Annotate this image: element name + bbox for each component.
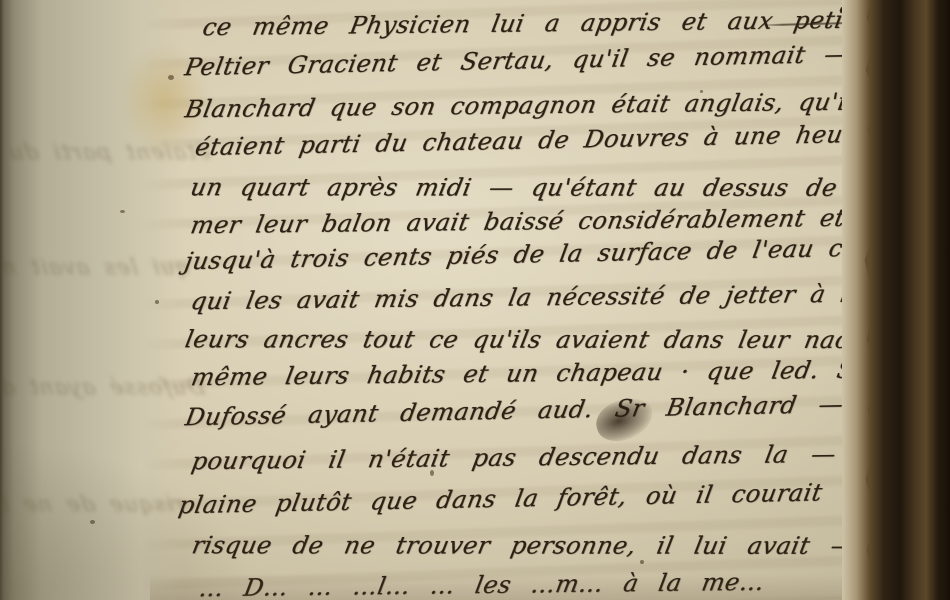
- paper-speck: [120, 210, 125, 213]
- page-bottom-shadow: [150, 574, 860, 600]
- manuscript-text-block: 99. ce même Physicien lui a appris et au…: [0, 0, 950, 600]
- manuscript-line: Blanchard que son compagnon était anglai…: [183, 90, 869, 122]
- manuscript-line: étaient parti du chateau de Douvres à un…: [193, 122, 871, 160]
- manuscript-line: un quart après midi — qu'étant au dessus…: [189, 175, 881, 200]
- paper-speck: [430, 470, 434, 476]
- manuscript-line: risque de ne trouver personne, il lui av…: [190, 533, 858, 558]
- manuscript-line: leurs ancres tout ce qu'ils avaient dans…: [183, 327, 897, 352]
- manuscript-line: Peltier Gracient et Sertau, qu'il se nom…: [183, 42, 851, 79]
- paper-speck: [640, 560, 644, 564]
- manuscript-line: Dufossé ayant demandé aud. Sr Blanchard …: [184, 392, 846, 429]
- manuscript-line: qui les avait mis dans la nécessité de j…: [189, 281, 904, 313]
- manuscript-line: ce même Physicien lui a appris et aux pe…: [201, 8, 868, 40]
- manuscript-page-scan: étaient parti du chateau de Douvres à un…: [0, 0, 950, 600]
- paper-speck: [168, 75, 174, 80]
- manuscript-line: pourquoi il n'était pas descendu dans la…: [190, 442, 838, 473]
- paper-speck: [90, 520, 95, 524]
- paper-speck: [700, 90, 703, 93]
- book-binding-edge: [842, 0, 950, 600]
- manuscript-line: jusqu'à trois cents piés de la surface d…: [183, 235, 900, 273]
- manuscript-line: plaine plutôt que dans la forêt, où il c…: [177, 480, 824, 517]
- manuscript-line: mer leur balon avait baissé considérable…: [189, 205, 887, 237]
- paper-speck: [155, 300, 159, 304]
- manuscript-line: même leurs habits et un chapeau · que le…: [189, 357, 911, 389]
